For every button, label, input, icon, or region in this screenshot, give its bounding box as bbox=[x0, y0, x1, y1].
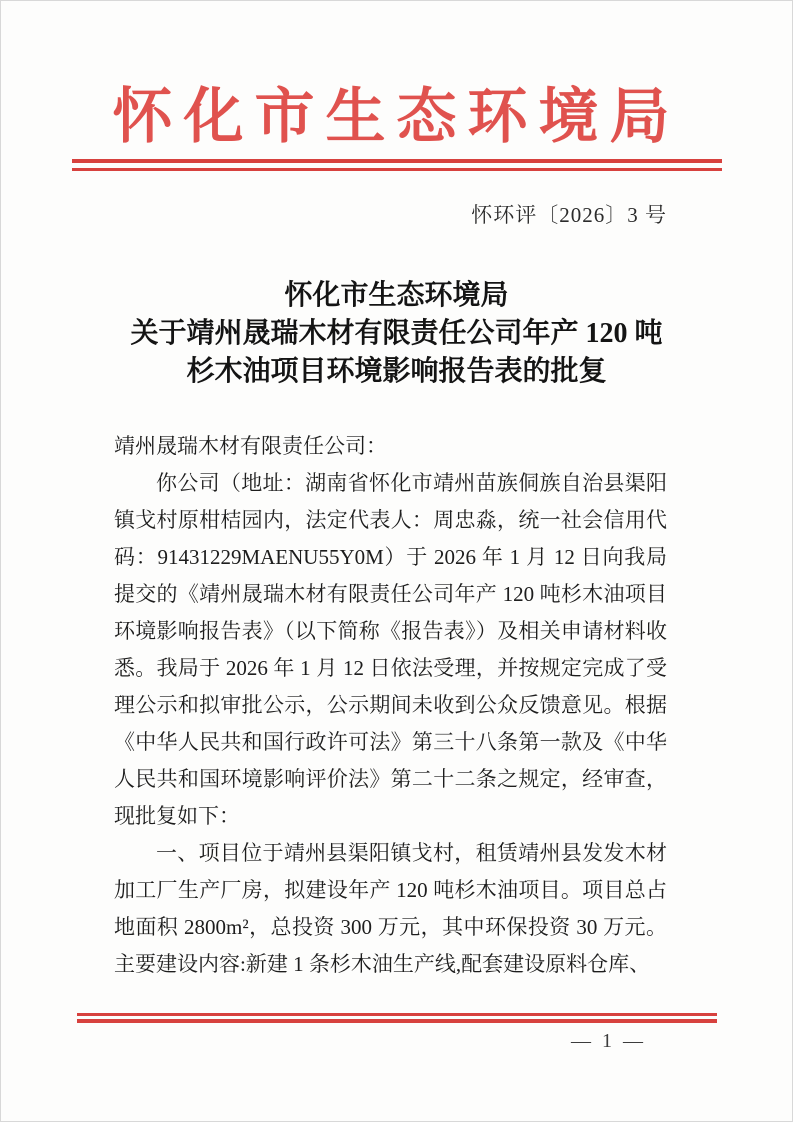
body-paragraph-1: 你公司（地址：湖南省怀化市靖州苗族侗族自治县渠阳镇戈村原柑桔园内，法定代表人：周… bbox=[114, 465, 667, 835]
body-paragraph-2: 一、项目位于靖州县渠阳镇戈村，租赁靖州县发发木材加工厂生产厂房，拟建设年产 12… bbox=[114, 835, 667, 983]
footer-double-rule bbox=[77, 1013, 717, 1023]
page-footer: — 1 — bbox=[1, 1013, 792, 1053]
document-reference-number: 怀环评〔2026〕3 号 bbox=[114, 201, 667, 229]
footer-rule-bottom bbox=[77, 1019, 717, 1023]
page-number: — 1 — bbox=[114, 1029, 646, 1053]
official-document-page: 怀化市生态环境局 怀环评〔2026〕3 号 怀化市生态环境局 关于靖州晟瑞木材有… bbox=[0, 0, 793, 1122]
letterhead-rule-bottom bbox=[72, 168, 722, 171]
document-title: 怀化市生态环境局 关于靖州晟瑞木材有限责任公司年产 120 吨 杉木油项目环境影… bbox=[1, 277, 792, 391]
letterhead-agency-name: 怀化市生态环境局 bbox=[1, 83, 792, 151]
document-body: 靖州晟瑞木材有限责任公司： 你公司（地址：湖南省怀化市靖州苗族侗族自治县渠阳镇戈… bbox=[114, 428, 667, 983]
document-title-line-1: 怀化市生态环境局 bbox=[1, 277, 792, 315]
document-title-line-3: 杉木油项目环境影响报告表的批复 bbox=[1, 353, 792, 391]
document-title-line-2: 关于靖州晟瑞木材有限责任公司年产 120 吨 bbox=[1, 315, 792, 353]
salutation-line: 靖州晟瑞木材有限责任公司： bbox=[114, 428, 667, 465]
letterhead-double-rule bbox=[72, 159, 722, 171]
